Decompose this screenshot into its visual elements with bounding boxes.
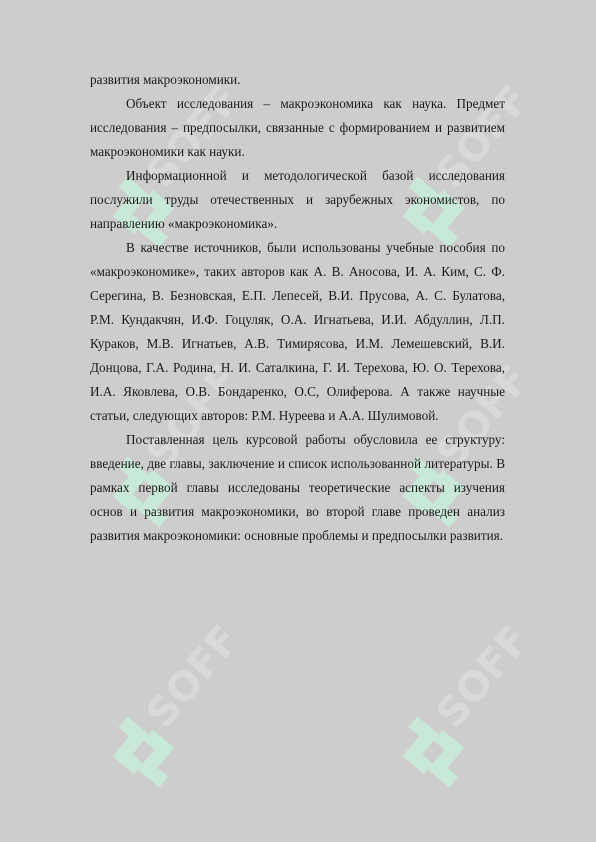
watermark-text: SOFF	[428, 617, 539, 737]
paragraph-sources: В качестве источников, были использованы…	[90, 236, 505, 428]
document-body: развития макроэкономики. Объект исследов…	[90, 68, 505, 548]
document-page: SOFF SOFF SOFF SOFF SOFF SOFF развития м…	[0, 0, 596, 842]
watermark-bottom-left: SOFF	[70, 600, 270, 800]
soff-logo-icon	[102, 712, 185, 792]
paragraph-structure: Поставленная цель курсовой работы обусло…	[90, 428, 505, 548]
watermark-bottom-right: SOFF	[360, 600, 560, 800]
soff-logo-icon	[392, 712, 475, 792]
paragraph-information-base: Информационной и методологической базой …	[90, 164, 505, 236]
watermark-text: SOFF	[138, 617, 249, 737]
paragraph-object-of-study: Объект исследования – макроэкономика как…	[90, 92, 505, 164]
paragraph-continuation: развития макроэкономики.	[90, 68, 505, 92]
